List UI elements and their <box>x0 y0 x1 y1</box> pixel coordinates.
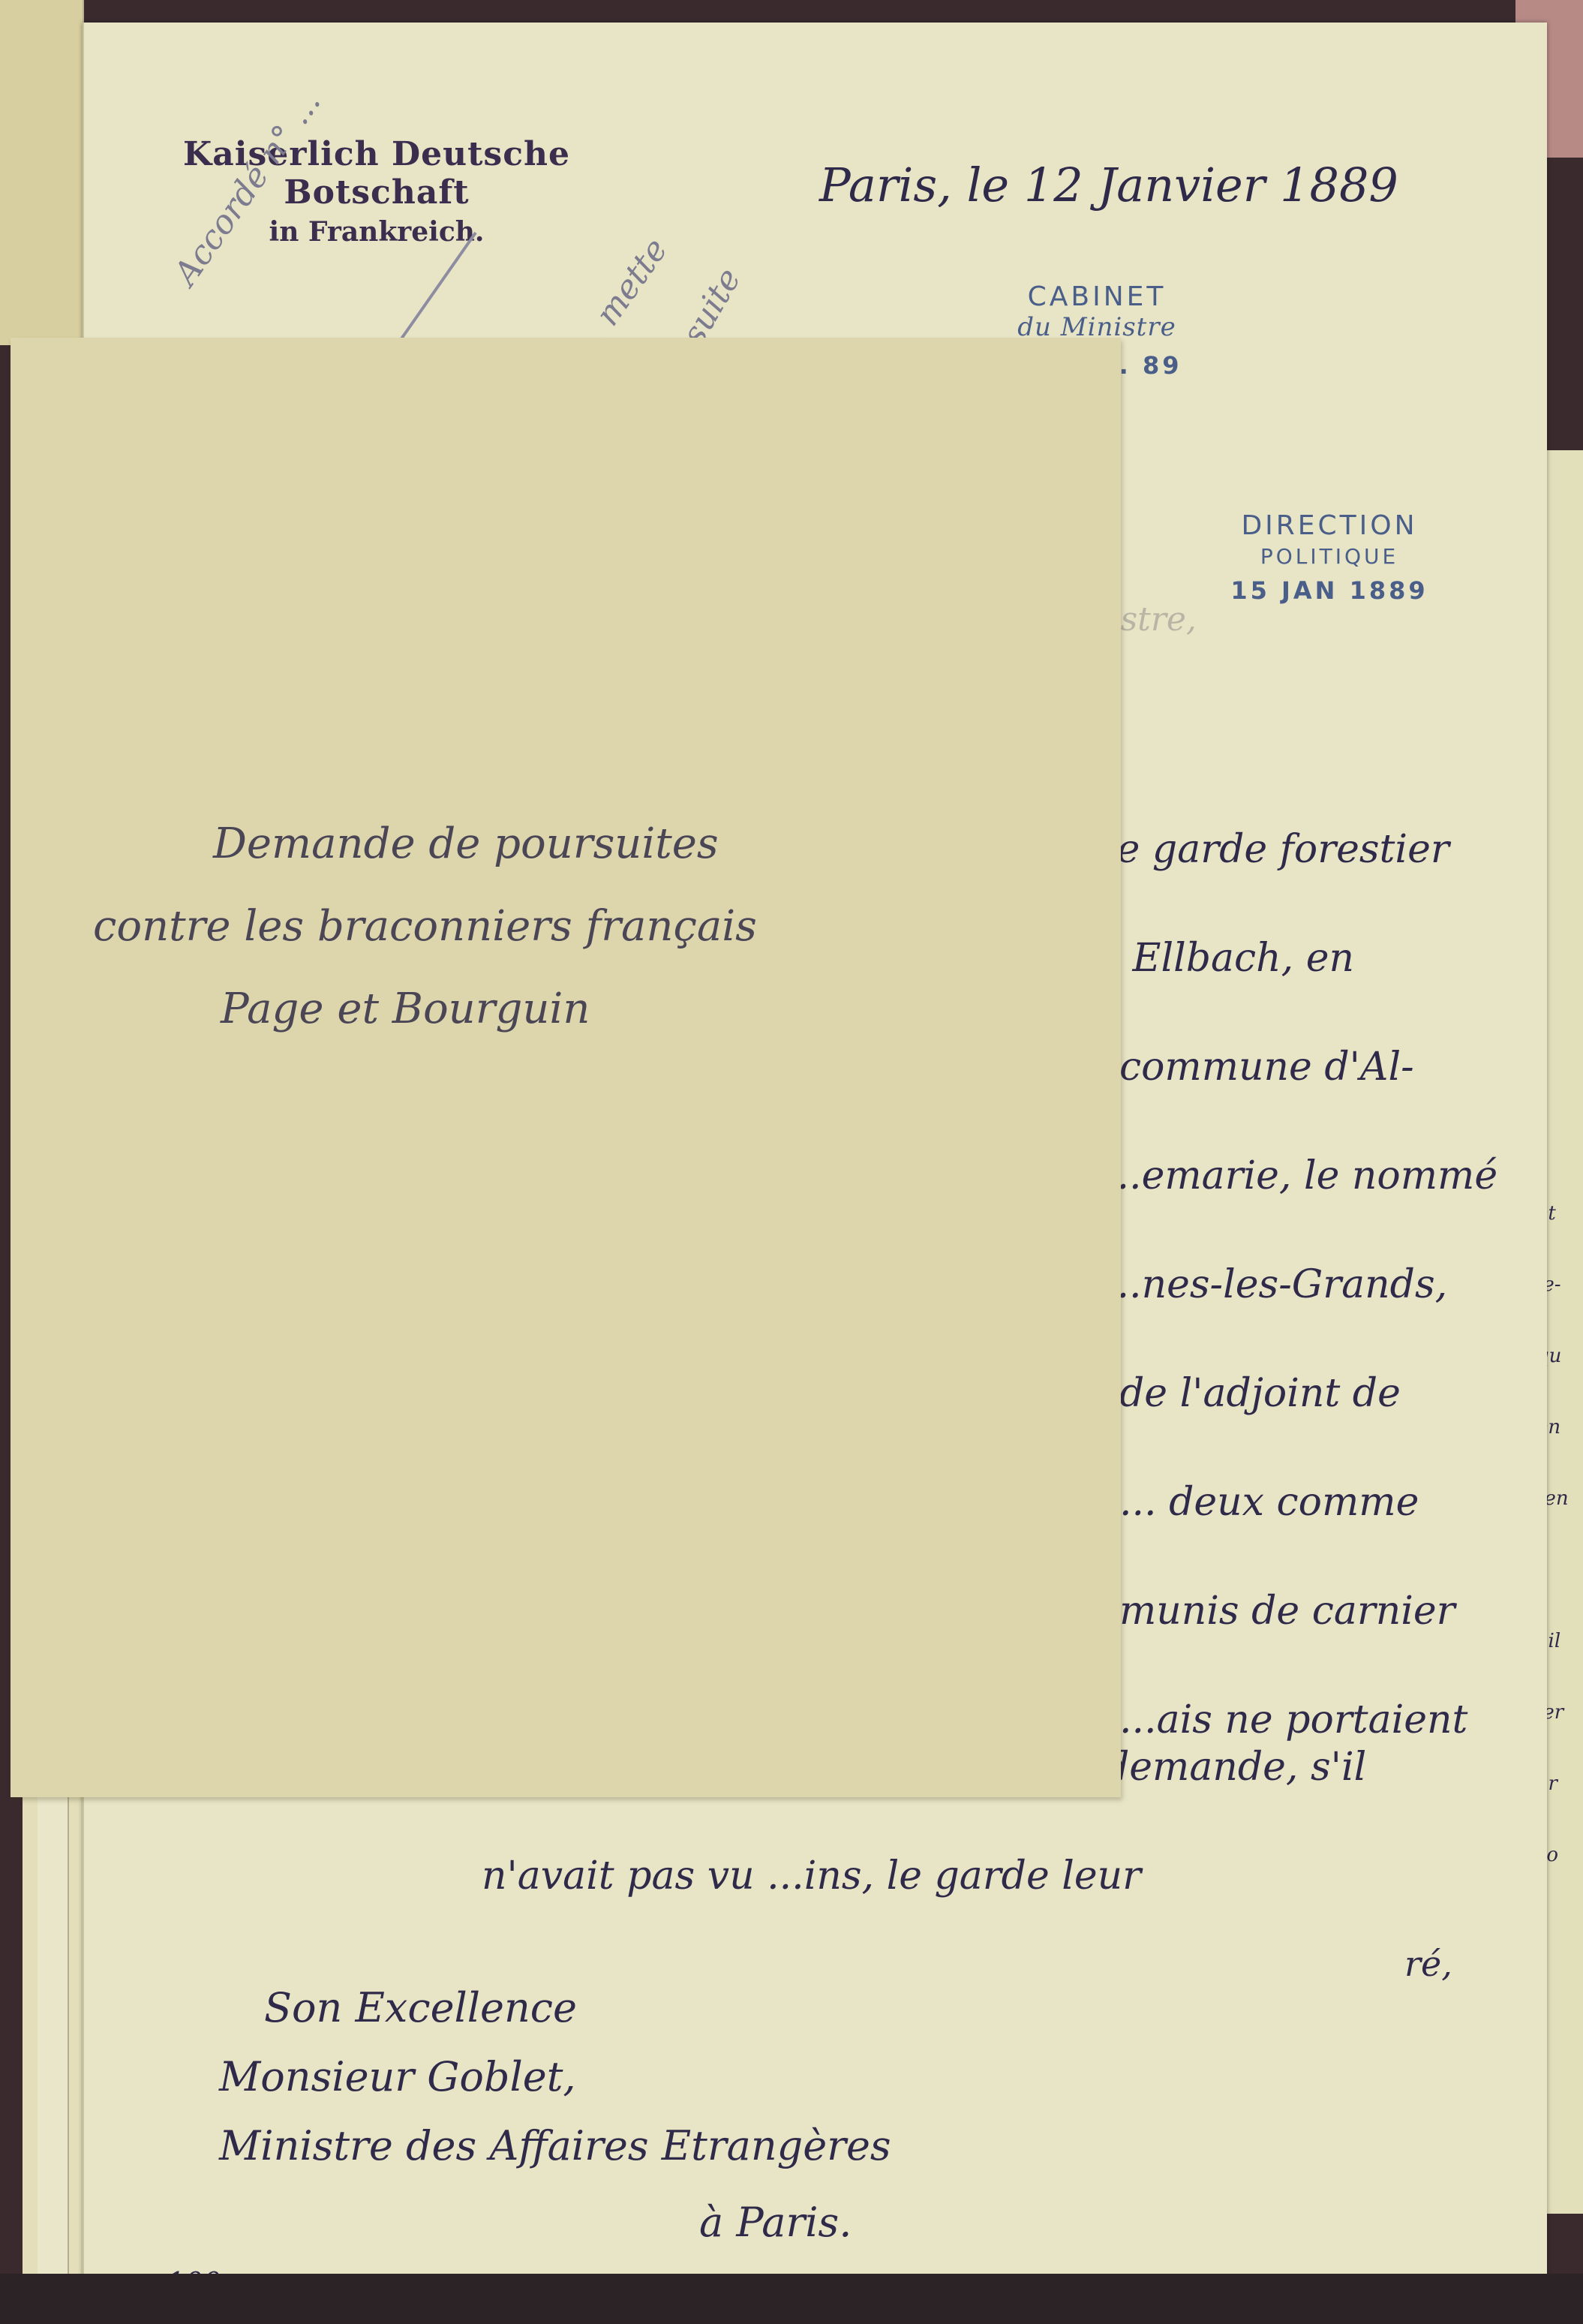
addressee-city: à Paris. <box>699 2188 891 2257</box>
body-line: n'avait pas vu ...ins, le garde leur <box>482 1853 1141 1899</box>
letter-body: le garde forestier à Ellbach, en commune… <box>1059 795 1497 1775</box>
body-line: à Ellbach, en <box>1097 904 1497 1013</box>
addressee-office: Ministre des Affaires Etrangères <box>219 2112 891 2181</box>
cover-note: Demande de poursuites contre les braconn… <box>93 803 757 1051</box>
body-line: ...nes-les-Grands, <box>1104 1231 1497 1339</box>
body-line: le garde forestier <box>1104 795 1497 904</box>
addressee-title: Son Excellence <box>264 1974 891 2043</box>
page-edge <box>53 1793 69 2274</box>
cover-note-sheet: Demande de poursuites contre les braconn… <box>11 338 1121 1797</box>
page-stack-left-top <box>0 0 84 345</box>
stamp-direction-politique: DIRECTION POLITIQUE 15 JAN 1889 <box>1202 510 1457 605</box>
stamp-direction-subtitle: POLITIQUE <box>1202 544 1457 569</box>
letterhead-embassy: Kaiserlich Deutsche Botschaft <box>144 135 609 212</box>
body-line: demande, s'il <box>1104 1745 1366 1790</box>
body-line: ré, <box>1404 1944 1452 1984</box>
addressee-name: Monsieur Goblet, <box>219 2043 891 2112</box>
stamp-direction-title: DIRECTION <box>1202 510 1457 541</box>
body-line: ...emarie, le nommé <box>1104 1122 1497 1231</box>
page-edge <box>38 1793 54 2274</box>
stamp-cabinet-title: CABINET <box>984 281 1209 312</box>
addressee-block: Son Excellence Monsieur Goblet, Ministre… <box>219 1974 891 2257</box>
body-line: de l'adjoint de <box>1119 1339 1497 1448</box>
cover-note-line-1: Demande de poursuites <box>213 803 757 885</box>
body-line: ... deux comme <box>1119 1448 1497 1557</box>
body-line: munis de carnier <box>1119 1557 1497 1666</box>
dateline: Paris, le 12 Janvier 1889 <box>819 158 1398 212</box>
cover-note-line-3: Page et Bourguin <box>221 968 757 1051</box>
cover-note-line-2: contre les braconniers français <box>93 885 757 968</box>
desk-shadow <box>0 2274 1583 2324</box>
body-line: commune d'Al- <box>1119 1013 1497 1122</box>
stamp-direction-date: 15 JAN 1889 <box>1202 576 1457 605</box>
